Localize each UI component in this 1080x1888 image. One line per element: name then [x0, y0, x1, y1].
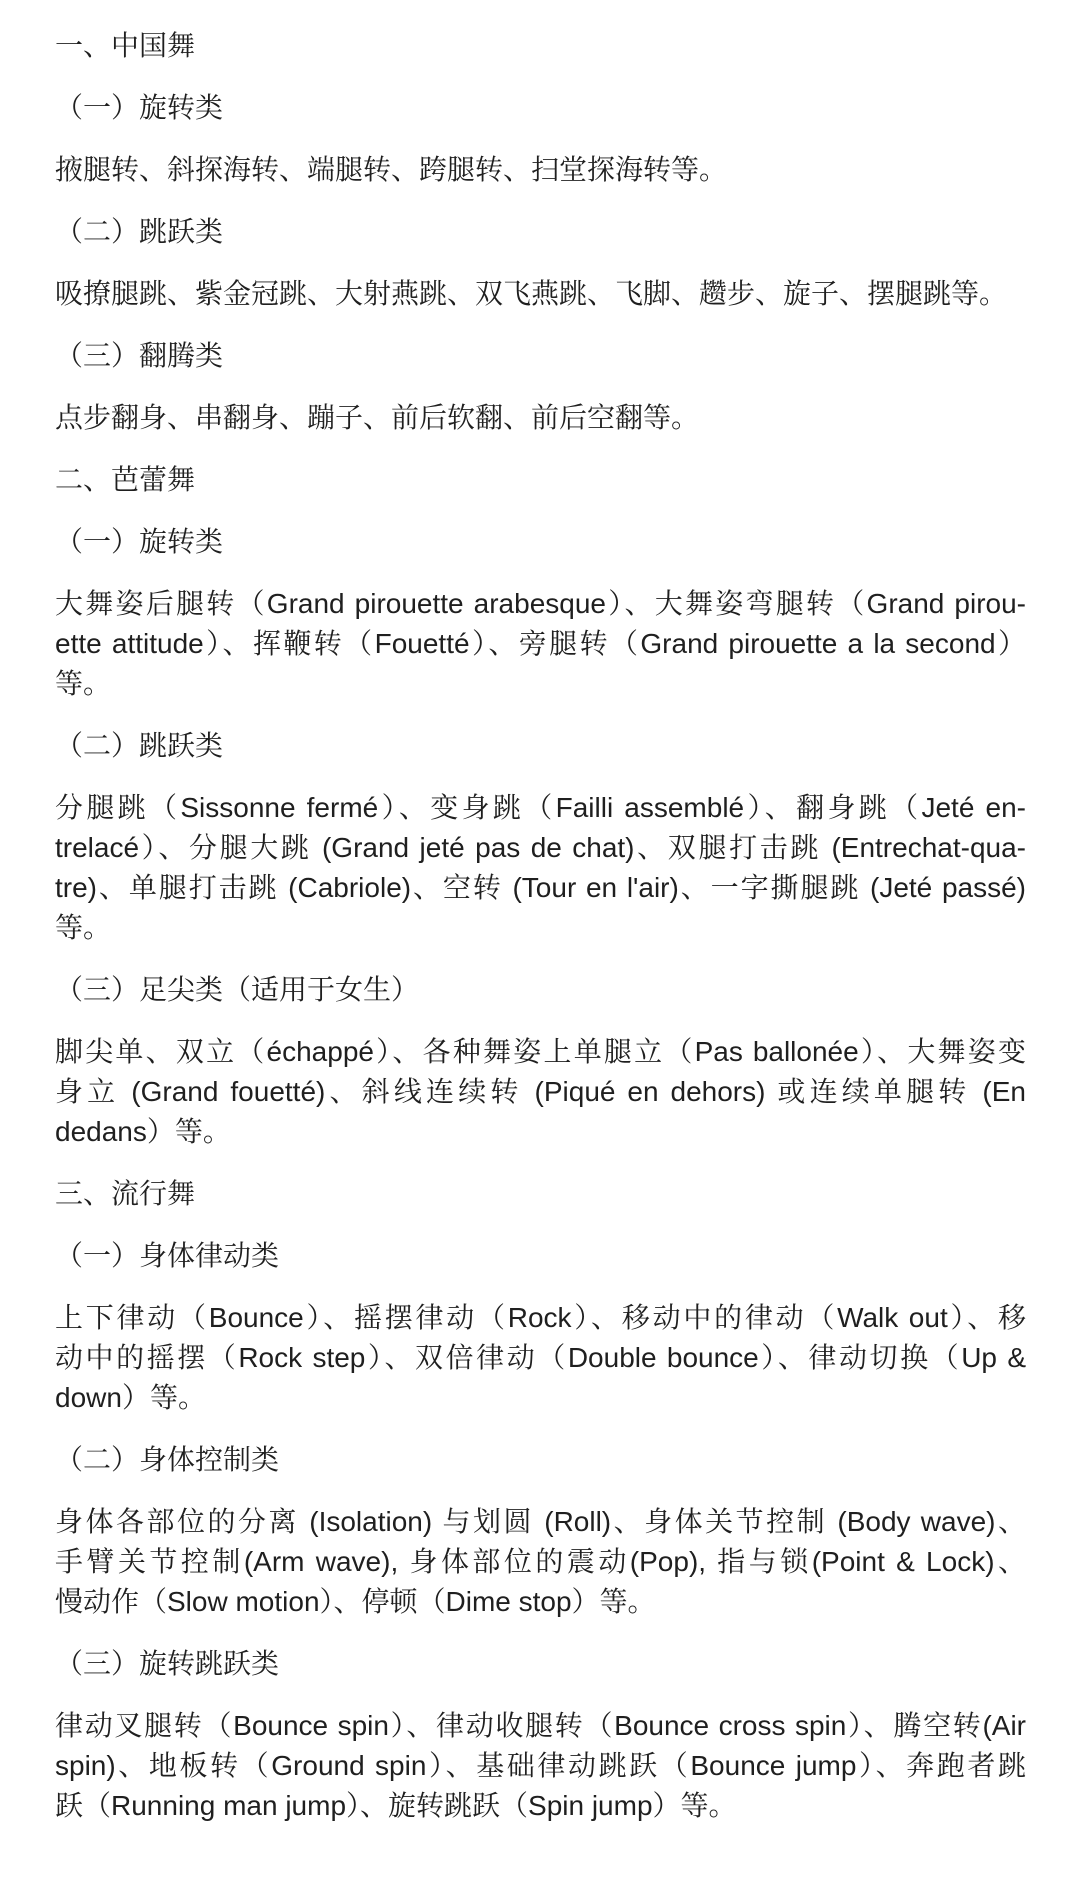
text-line: 脚尖单、双立（échappé）、各种舞姿上单腿立（Pas ballonée）、大…	[55, 1032, 1026, 1072]
text-line: 上下律动（Bounce）、摇摆律动（Rock）、移动中的律动（Walk out）…	[55, 1298, 1026, 1338]
text-line: 大舞姿后腿转（Grand pirouette arabesque）、大舞姿弯腿转…	[55, 584, 1026, 624]
subheading-pop-spin-jump: （三）旋转跳跃类	[55, 1644, 1026, 1684]
text-line: 律动叉腿转（Bounce spin）、律动收腿转（Bounce cross sp…	[55, 1706, 1026, 1746]
text-line: 等。	[55, 664, 1026, 704]
para-cn-rotation: 掖腿转、斜探海转、端腿转、跨腿转、扫堂探海转等。	[55, 150, 1026, 190]
para-pop-spin-jump: 律动叉腿转（Bounce spin）、律动收腿转（Bounce cross sp…	[55, 1706, 1026, 1826]
para-pop-groove: 上下律动（Bounce）、摇摆律动（Rock）、移动中的律动（Walk out）…	[55, 1298, 1026, 1418]
subheading-pop-groove: （一）身体律动类	[55, 1236, 1026, 1276]
text-line: 手臂关节控制(Arm wave), 身体部位的震动(Pop), 指与锁(Poin…	[55, 1542, 1026, 1582]
para-pop-body-control: 身体各部位的分离 (Isolation) 与划圆 (Roll)、身体关节控制 (…	[55, 1502, 1026, 1622]
subheading-cn-jump: （二）跳跃类	[55, 212, 1026, 252]
para-cn-jump: 吸撩腿跳、紫金冠跳、大射燕跳、双飞燕跳、飞脚、趱步、旋子、摆腿跳等。	[55, 274, 1026, 314]
document-page: 一、中国舞 （一）旋转类 掖腿转、斜探海转、端腿转、跨腿转、扫堂探海转等。 （二…	[0, 0, 1080, 1888]
text-line: trelacé）、分腿大跳 (Grand jeté pas de chat)、双…	[55, 828, 1026, 868]
subheading-cn-tumbling: （三）翻腾类	[55, 336, 1026, 376]
text-line: 身立 (Grand fouetté)、斜线连续转 (Piqué en dehor…	[55, 1072, 1026, 1112]
para-ballet-jump: 分腿跳（Sissonne fermé）、变身跳（Failli assemblé）…	[55, 788, 1026, 948]
heading-pop-dance: 三、流行舞	[55, 1174, 1026, 1214]
text-line: 吸撩腿跳、紫金冠跳、大射燕跳、双飞燕跳、飞脚、趱步、旋子、摆腿跳等。	[55, 274, 1026, 314]
text-line: 分腿跳（Sissonne fermé）、变身跳（Failli assemblé）…	[55, 788, 1026, 828]
text-line: 等。	[55, 908, 1026, 948]
subheading-ballet-pointe: （三）足尖类（适用于女生）	[55, 970, 1026, 1010]
text-line: tre)、单腿打击跳 (Cabriole)、空转 (Tour en l'air)…	[55, 868, 1026, 908]
text-line: 身体各部位的分离 (Isolation) 与划圆 (Roll)、身体关节控制 (…	[55, 1502, 1026, 1542]
subheading-pop-body-control: （二）身体控制类	[55, 1440, 1026, 1480]
text-line: down）等。	[55, 1378, 1026, 1418]
para-ballet-pointe: 脚尖单、双立（échappé）、各种舞姿上单腿立（Pas ballonée）、大…	[55, 1032, 1026, 1152]
text-line: 动中的摇摆（Rock step）、双倍律动（Double bounce）、律动切…	[55, 1338, 1026, 1378]
para-ballet-rotation: 大舞姿后腿转（Grand pirouette arabesque）、大舞姿弯腿转…	[55, 584, 1026, 704]
subheading-cn-rotation: （一）旋转类	[55, 88, 1026, 128]
text-line: 跃（Running man jump）、旋转跳跃（Spin jump）等。	[55, 1786, 1026, 1826]
subheading-ballet-rotation: （一）旋转类	[55, 522, 1026, 562]
heading-ballet: 二、芭蕾舞	[55, 460, 1026, 500]
text-line: ette attitude）、挥鞭转（Fouetté）、旁腿转（Grand pi…	[55, 624, 1026, 664]
subheading-ballet-jump: （二）跳跃类	[55, 726, 1026, 766]
text-line: 点步翻身、串翻身、蹦子、前后软翻、前后空翻等。	[55, 398, 1026, 438]
text-line: dedans）等。	[55, 1112, 1026, 1152]
heading-chinese-dance: 一、中国舞	[55, 26, 1026, 66]
para-cn-tumbling: 点步翻身、串翻身、蹦子、前后软翻、前后空翻等。	[55, 398, 1026, 438]
text-line: spin)、地板转（Ground spin）、基础律动跳跃（Bounce jum…	[55, 1746, 1026, 1786]
text-line: 慢动作（Slow motion）、停顿（Dime stop）等。	[55, 1582, 1026, 1622]
text-line: 掖腿转、斜探海转、端腿转、跨腿转、扫堂探海转等。	[55, 150, 1026, 190]
